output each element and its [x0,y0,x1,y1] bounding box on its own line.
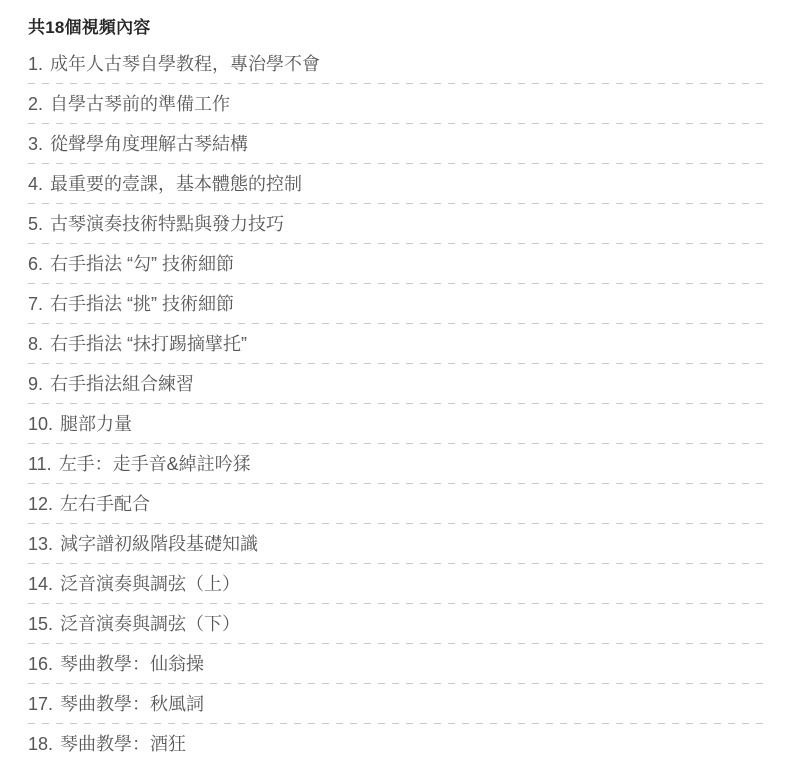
list-item: 3.從聲學角度理解古琴結構 [28,124,763,164]
item-number: 10. [28,414,53,434]
list-item: 15.泛音演奏與調弦（下） [28,604,763,644]
list-title: 共18個視頻內容 [28,12,763,44]
item-title: 減字譜初級階段基礎知識 [60,534,258,554]
item-number: 11. [28,454,52,474]
list-item: 16.琴曲教學：仙翁操 [28,644,763,684]
item-title: 右手指法 “挑” 技術細節 [50,294,234,314]
item-number: 18. [28,734,53,754]
list-item: 12.左右手配合 [28,484,763,524]
item-number: 5. [28,214,43,234]
video-content-list: 共18個視頻內容 1.成年人古琴自學教程，專治學不會 2.自學古琴前的準備工作 … [0,0,800,764]
item-title: 左手：走手音&綽註吟猱 [59,454,251,474]
item-number: 1. [28,54,43,74]
item-number: 17. [28,694,53,714]
item-number: 3. [28,134,43,154]
item-title: 自學古琴前的準備工作 [50,94,230,114]
video-list: 1.成年人古琴自學教程，專治學不會 2.自學古琴前的準備工作 3.從聲學角度理解… [28,44,763,764]
item-title: 右手指法 “勾” 技術細節 [50,254,234,274]
list-item: 5.古琴演奏技術特點與發力技巧 [28,204,763,244]
item-number: 15. [28,614,53,634]
list-item: 10.腿部力量 [28,404,763,444]
item-title: 右手指法 “抹打踢摘擘托” [50,334,247,354]
item-title: 右手指法組合練習 [50,374,194,394]
list-item: 17.琴曲教學：秋風詞 [28,684,763,724]
item-title: 琴曲教學：秋風詞 [60,694,204,714]
list-item: 7.右手指法 “挑” 技術細節 [28,284,763,324]
item-number: 7. [28,294,43,314]
item-number: 4. [28,174,43,194]
item-title: 腿部力量 [60,414,132,434]
item-number: 14. [28,574,53,594]
item-number: 9. [28,374,43,394]
list-item: 8.右手指法 “抹打踢摘擘托” [28,324,763,364]
item-title: 泛音演奏與調弦（下） [60,614,240,634]
list-item: 2.自學古琴前的準備工作 [28,84,763,124]
item-number: 12. [28,494,53,514]
item-title: 最重要的壹課，基本體態的控制 [50,174,302,194]
item-title: 成年人古琴自學教程，專治學不會 [50,54,320,74]
list-item: 18.琴曲教學：酒狂 [28,724,763,764]
list-item: 9.右手指法組合練習 [28,364,763,404]
item-title: 泛音演奏與調弦（上） [60,574,240,594]
item-number: 6. [28,254,43,274]
item-number: 16. [28,654,53,674]
list-item: 4.最重要的壹課，基本體態的控制 [28,164,763,204]
item-number: 2. [28,94,43,114]
item-number: 8. [28,334,43,354]
item-title: 琴曲教學：仙翁操 [60,654,204,674]
item-title: 左右手配合 [60,494,150,514]
item-title: 從聲學角度理解古琴結構 [50,134,248,154]
list-item: 14.泛音演奏與調弦（上） [28,564,763,604]
list-item: 6.右手指法 “勾” 技術細節 [28,244,763,284]
list-item: 13.減字譜初級階段基礎知識 [28,524,763,564]
list-item: 1.成年人古琴自學教程，專治學不會 [28,44,763,84]
item-title: 琴曲教學：酒狂 [60,734,186,754]
item-number: 13. [28,534,53,554]
item-title: 古琴演奏技術特點與發力技巧 [50,214,284,234]
list-item: 11.左手：走手音&綽註吟猱 [28,444,763,484]
